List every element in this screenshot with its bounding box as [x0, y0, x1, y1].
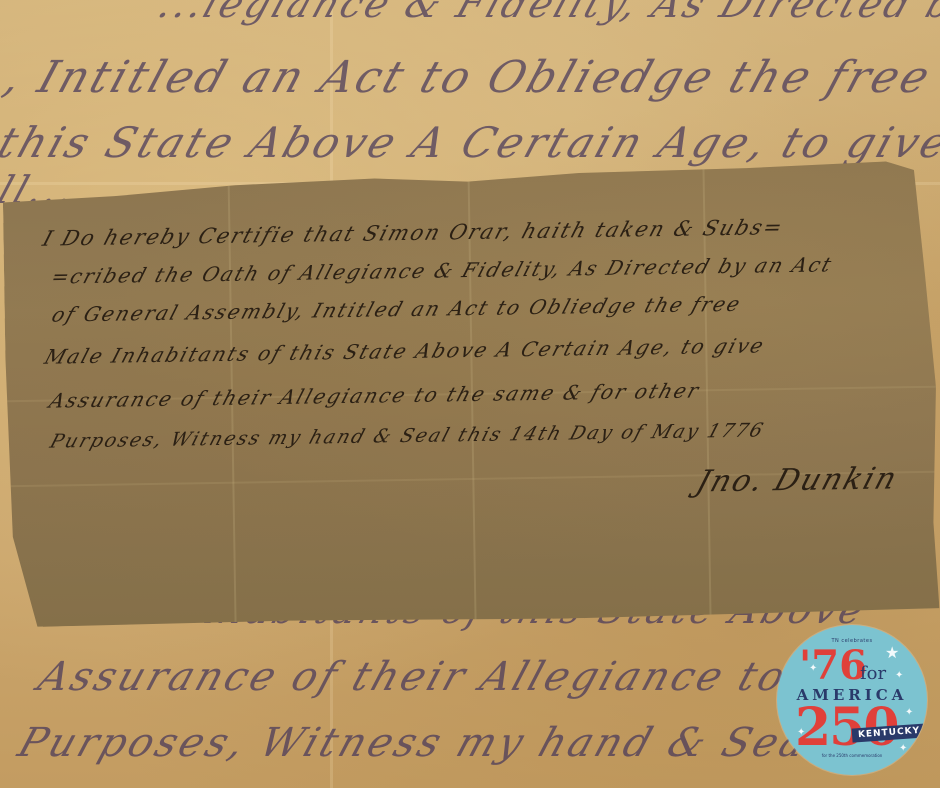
document-line: =cribed the Oath of Allegiance & Fidelit… [48, 252, 836, 288]
bg-script-line: Assurance of their Allegiance to the [33, 654, 884, 700]
signature: Jno. Dunkin [692, 461, 903, 499]
bg-script-line: Purposes, Witness my hand & Seal [13, 720, 831, 766]
badge-76: '76 [799, 642, 867, 689]
document-line: Purposes, Witness my hand & Seal this 14… [47, 419, 767, 452]
bg-script-line: this State Above A Certain Age, to give [0, 118, 940, 167]
badge-for: for [860, 663, 886, 684]
76-for-america-250-kentucky-badge: ★ ✦ ✦ ✦ ✦ ✦ TN celebrates '76 for AMERIC… [777, 625, 927, 775]
star-icon: ✦ [905, 707, 913, 718]
oath-certificate-document: I Do hereby Certifie that Simon Orar, ha… [3, 161, 940, 628]
star-icon: ✦ [895, 670, 903, 681]
document-line: of General Assembly, Intitled an Act to … [49, 292, 745, 327]
badge-footer-text: for the 250th commemoration [777, 753, 927, 758]
document-line: Assurance of their Allegiance to the sam… [46, 378, 703, 412]
document-line: I Do hereby Certifie that Simon Orar, ha… [40, 215, 787, 251]
document-line: Male Inhabitants of this State Above A C… [42, 333, 769, 368]
star-icon: ★ [885, 643, 899, 662]
bg-script-line: ...legiance & Fidelity, As Directed by a… [153, 0, 940, 26]
bg-script-line: , Intitled an Act to Obliedge the free [0, 52, 939, 103]
